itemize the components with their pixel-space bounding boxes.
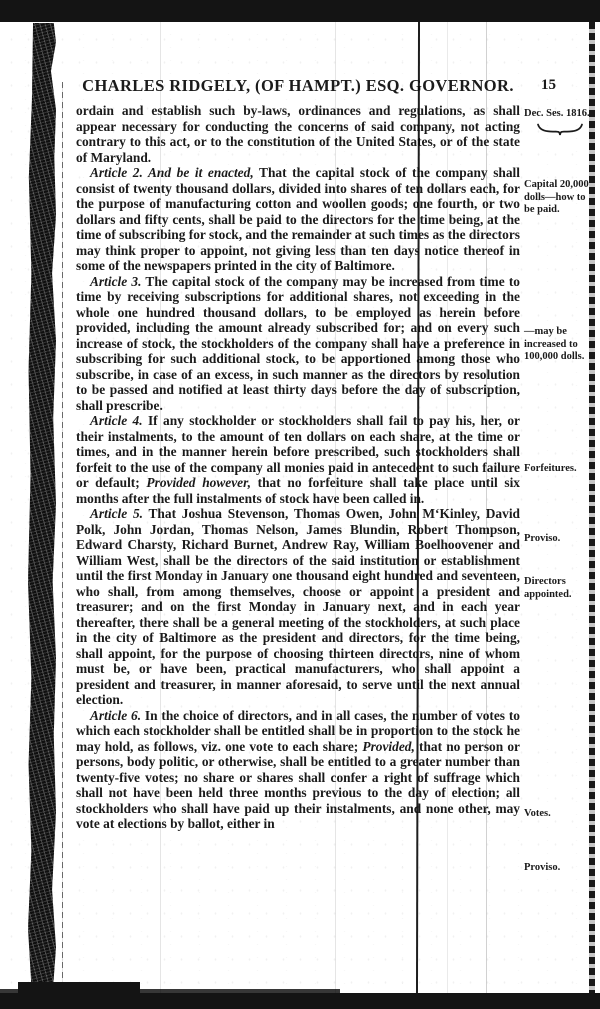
paragraph: Article 6. In the choice of directors, a… — [76, 708, 520, 832]
paragraph-italic-segment: Article 2. And be it enacted, — [90, 165, 254, 180]
scanned-document-page: CHARLES RIDGELY, (OF HAMPT.) ESQ. GOVERN… — [0, 0, 600, 1009]
page-edge-line — [62, 82, 63, 982]
scan-border-right — [589, 22, 595, 993]
paragraph-italic-segment: Provided however, — [146, 475, 251, 490]
margin-note-proviso-2: Proviso. — [524, 862, 596, 875]
paragraph-segment: That the capital stock of the company sh… — [76, 165, 520, 273]
paragraph-segment: That Joshua Stevenson, Thomas Owen, John… — [76, 506, 520, 707]
paragraph: Article 4. If any stockholder or stockho… — [76, 413, 520, 506]
body-text: ordain and establish such by-laws, ordin… — [76, 103, 520, 832]
margin-note-capital: Capital 20,000 dolls—how to be paid. — [524, 179, 596, 217]
margin-note-text: Dec. Ses. 1816. — [524, 108, 590, 119]
paragraph-segment: The capital stock of the company may be … — [76, 274, 520, 413]
running-header: CHARLES RIDGELY, (OF HAMPT.) ESQ. GOVERN… — [76, 76, 520, 96]
paragraph-segment: ordain and establish such by-laws, ordin… — [76, 103, 520, 165]
margin-note-directors: Directors appointed. — [524, 576, 596, 601]
underbrace-icon — [537, 123, 583, 136]
margin-note-proviso-1: Proviso. — [524, 533, 596, 546]
paragraph: Article 2. And be it enacted, That the c… — [76, 165, 520, 274]
paragraph-italic-segment: Article 5. — [90, 506, 143, 521]
page-number: 15 — [541, 77, 556, 94]
margin-note-votes: Votes. — [524, 808, 596, 821]
paragraph-italic-segment: Article 3. — [90, 274, 141, 289]
paragraph: ordain and establish such by-laws, ordin… — [76, 103, 520, 165]
book-binding-foot — [18, 982, 140, 1002]
margin-note-increase: —may be increased to 100,000 dolls. — [524, 326, 596, 364]
paragraph-italic-segment: Article 4. — [90, 413, 143, 428]
margin-note-session-date: Dec. Ses. 1816. — [524, 108, 596, 136]
paragraph-italic-segment: Article 6. — [90, 708, 141, 723]
paragraph-italic-segment: Provided, — [362, 739, 414, 754]
book-binding-edge — [28, 23, 56, 986]
margin-note-forfeitures: Forfeitures. — [524, 463, 596, 476]
scan-border-top — [0, 0, 600, 22]
paragraph: Article 3. The capital stock of the comp… — [76, 274, 520, 414]
paragraph: Article 5. That Joshua Stevenson, Thomas… — [76, 506, 520, 708]
